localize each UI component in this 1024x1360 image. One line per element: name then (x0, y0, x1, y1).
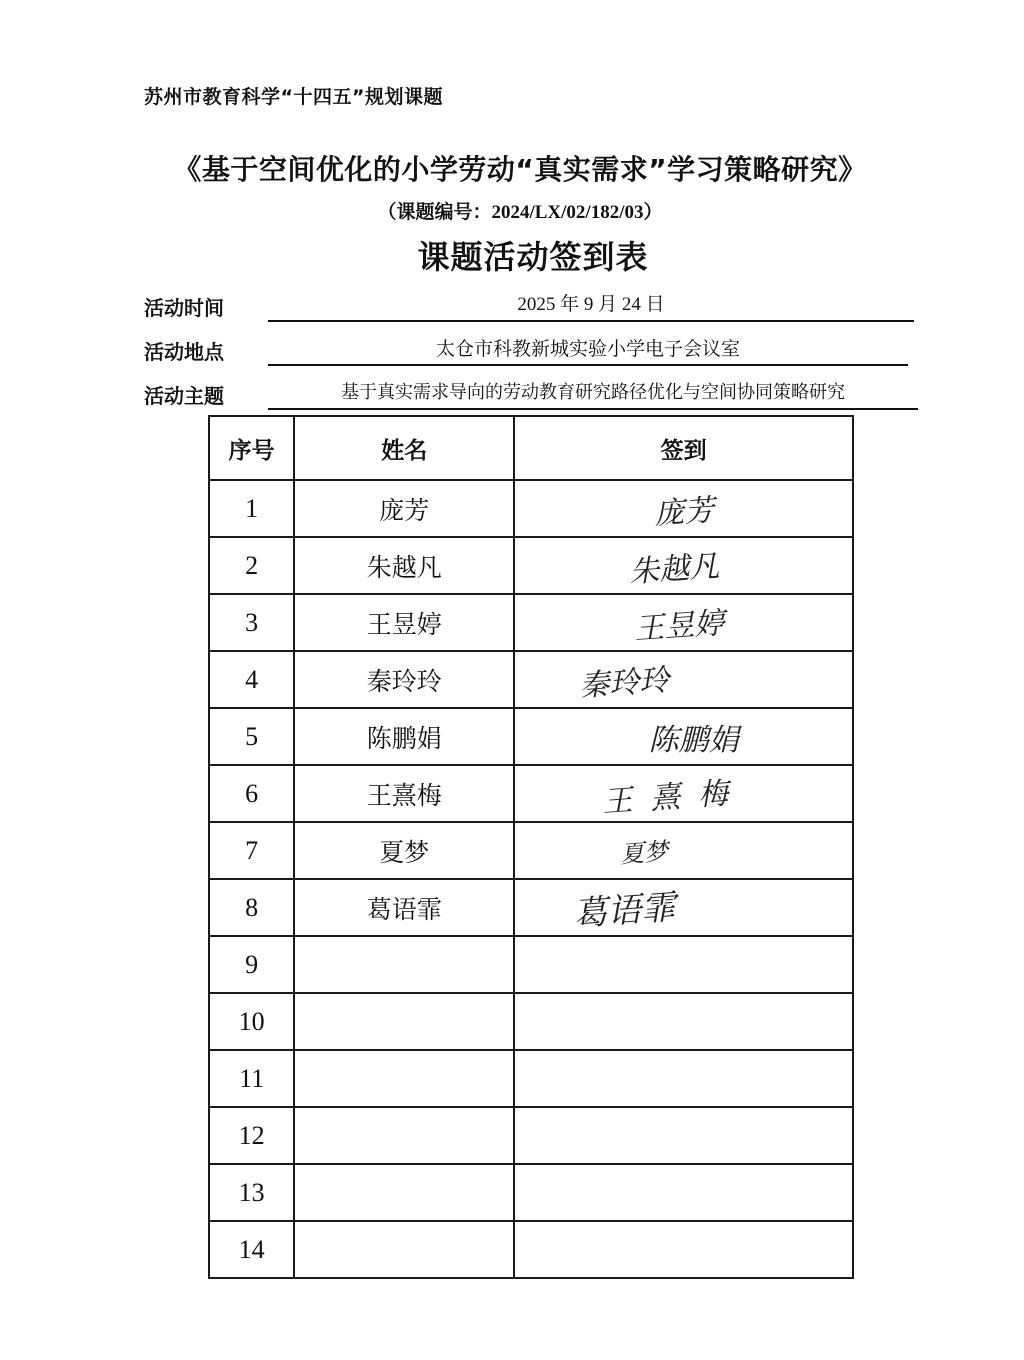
row-signature: 王熹梅 (514, 765, 853, 822)
table-row: 6王熹梅王熹梅 (209, 765, 853, 822)
row-no: 12 (209, 1107, 294, 1164)
table-row: 12 (209, 1107, 853, 1164)
table-row: 4秦玲玲秦玲玲 (209, 651, 853, 708)
header-signature: 签到 (514, 416, 853, 480)
row-no: 14 (209, 1221, 294, 1278)
row-signature: 陈鹏娟 (514, 708, 853, 765)
row-signature: 秦玲玲 (514, 651, 853, 708)
table-row: 5陈鹏娟陈鹏娟 (209, 708, 853, 765)
table-header-row: 序号 姓名 签到 (209, 416, 853, 480)
row-no: 5 (209, 708, 294, 765)
row-name (294, 1050, 514, 1107)
table-row: 10 (209, 993, 853, 1050)
field-time: 活动时间 2025 年 9 月 24 日 (144, 292, 924, 324)
table-row: 13 (209, 1164, 853, 1221)
field-location-value: 太仓市科教新城实验小学电子会议室 (268, 336, 908, 366)
handwritten-signature: 秦玲玲 (577, 654, 670, 704)
row-signature (514, 1221, 853, 1278)
table-row: 3王昱婷王昱婷 (209, 594, 853, 651)
field-theme: 活动主题 基于真实需求导向的劳动教育研究路径优化与空间协同策略研究 (144, 380, 924, 412)
field-location: 活动地点 太仓市科教新城实验小学电子会议室 (144, 336, 924, 368)
row-signature: 庞芳 (514, 480, 853, 537)
field-time-label: 活动时间 (144, 292, 224, 321)
field-time-value: 2025 年 9 月 24 日 (268, 292, 914, 322)
row-name: 王熹梅 (294, 765, 514, 822)
row-name: 王昱婷 (294, 594, 514, 651)
row-name (294, 1164, 514, 1221)
row-no: 2 (209, 537, 294, 594)
handwritten-signature: 庞芳 (652, 484, 715, 532)
program-label: 苏州市教育科学“十四五”规划课题 (144, 82, 443, 109)
table-row: 14 (209, 1221, 853, 1278)
row-no: 7 (209, 822, 294, 879)
row-name (294, 1107, 514, 1164)
table-row: 2朱越凡朱越凡 (209, 537, 853, 594)
row-no: 3 (209, 594, 294, 651)
project-title: 《基于空间优化的小学劳动“真实需求”学习策略研究》 (0, 148, 1024, 188)
sign-in-table: 序号 姓名 签到 1庞芳庞芳 2朱越凡朱越凡 3王昱婷王昱婷 4秦玲玲秦玲玲 5… (208, 415, 854, 1279)
row-signature: 夏梦 (514, 822, 853, 879)
row-name: 庞芳 (294, 480, 514, 537)
row-signature (514, 1107, 853, 1164)
table-row: 7夏梦夏梦 (209, 822, 853, 879)
row-no: 6 (209, 765, 294, 822)
row-signature (514, 1164, 853, 1221)
row-signature: 朱越凡 (514, 537, 853, 594)
row-name: 朱越凡 (294, 537, 514, 594)
row-name (294, 1221, 514, 1278)
handwritten-signature: 王熹梅 (600, 767, 747, 821)
row-name: 秦玲玲 (294, 651, 514, 708)
row-signature (514, 1050, 853, 1107)
project-code: （课题编号：2024/LX/02/182/03） (0, 197, 1024, 224)
handwritten-signature: 朱越凡 (627, 540, 720, 590)
row-no: 4 (209, 651, 294, 708)
row-signature: 葛语霏 (514, 879, 853, 936)
row-no: 8 (209, 879, 294, 936)
field-location-label: 活动地点 (144, 336, 224, 365)
row-signature (514, 936, 853, 993)
row-signature (514, 993, 853, 1050)
table-row: 8葛语霏葛语霏 (209, 879, 853, 936)
handwritten-signature: 葛语霏 (571, 880, 676, 936)
header-name: 姓名 (294, 416, 514, 480)
table-row: 1庞芳庞芳 (209, 480, 853, 537)
row-no: 9 (209, 936, 294, 993)
row-signature: 王昱婷 (514, 594, 853, 651)
row-name: 夏梦 (294, 822, 514, 879)
row-name (294, 936, 514, 993)
row-name: 葛语霏 (294, 879, 514, 936)
row-name: 陈鹏娟 (294, 708, 514, 765)
handwritten-signature: 陈鹏娟 (649, 715, 739, 759)
table-row: 9 (209, 936, 853, 993)
field-theme-value: 基于真实需求导向的劳动教育研究路径优化与空间协同策略研究 (268, 380, 918, 410)
row-name (294, 993, 514, 1050)
row-no: 10 (209, 993, 294, 1050)
form-title: 课题活动签到表 (0, 232, 1024, 278)
row-no: 1 (209, 480, 294, 537)
row-no: 11 (209, 1050, 294, 1107)
header-no: 序号 (209, 416, 294, 480)
handwritten-signature: 王昱婷 (632, 597, 725, 647)
table-row: 11 (209, 1050, 853, 1107)
handwritten-signature: 夏梦 (618, 831, 668, 869)
row-no: 13 (209, 1164, 294, 1221)
field-theme-label: 活动主题 (144, 380, 224, 409)
